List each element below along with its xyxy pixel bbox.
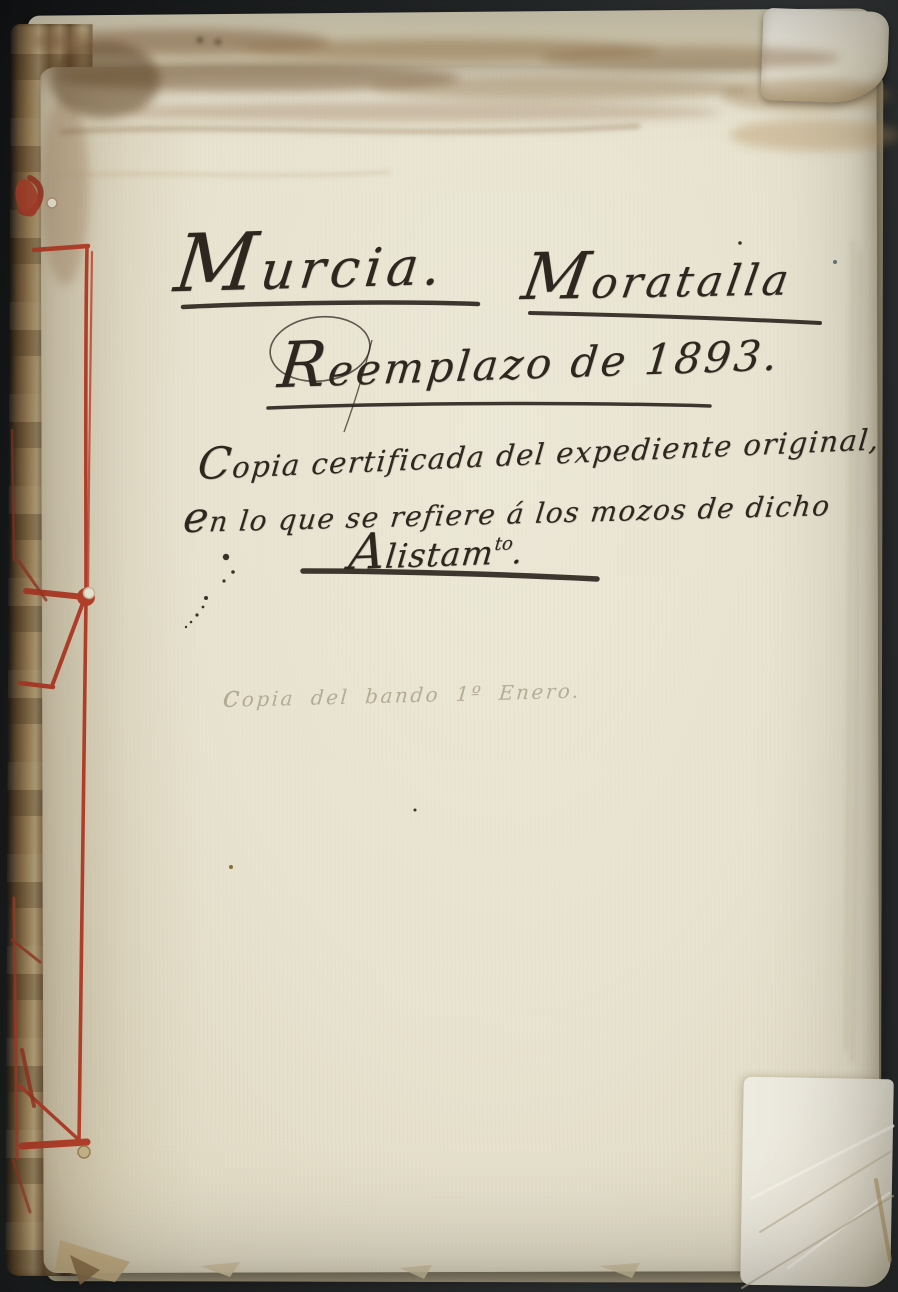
document-photo: Murcia. Moratalla Reemplazo de 1893. Cop…: [0, 0, 898, 1292]
bottom-right-page-corner: [740, 1077, 894, 1288]
top-right-page-curl: [760, 8, 889, 104]
province-title: Murcia.: [171, 217, 451, 304]
municipality-title: Moratalla: [518, 241, 798, 310]
certification-line-3: Alistamto.: [347, 522, 527, 578]
alistamiento-word: Alistam: [347, 533, 496, 577]
